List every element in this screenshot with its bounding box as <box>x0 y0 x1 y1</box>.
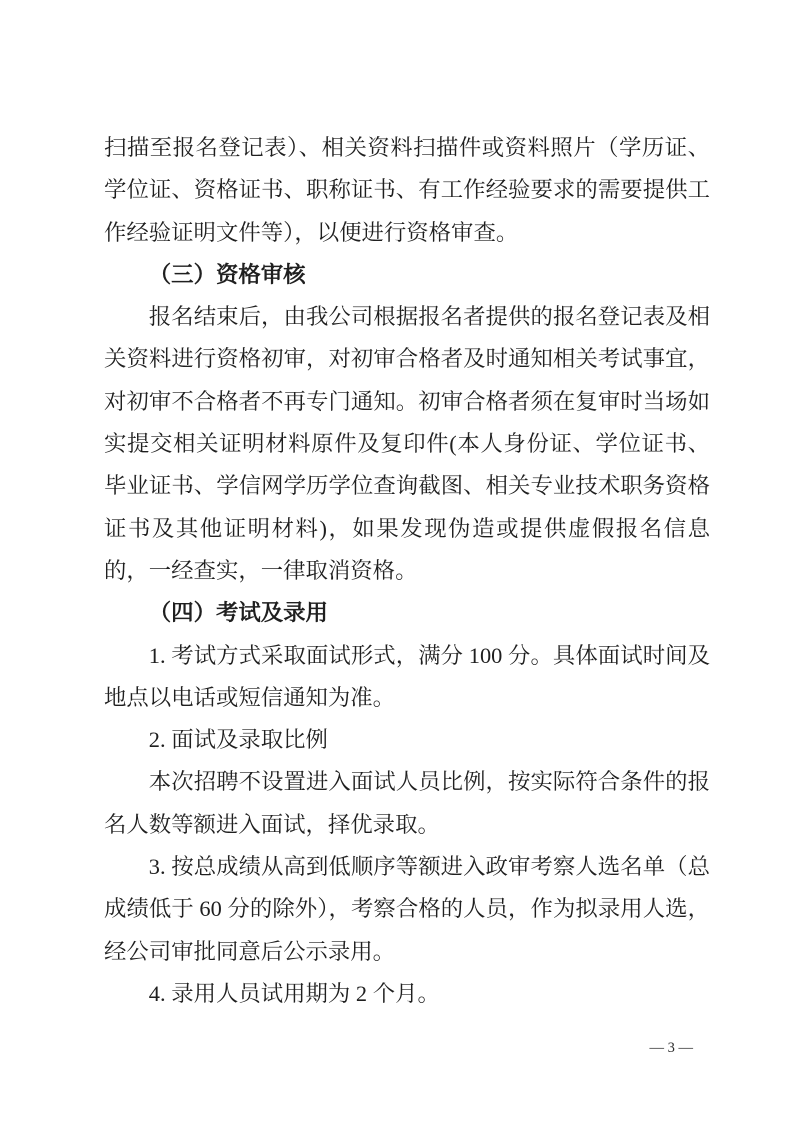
page-number: — 3 — <box>650 1038 694 1058</box>
section-heading-3: （三）资格审核 <box>104 254 710 296</box>
document-page: 扫描至报名登记表）、相关资料扫描件或资料照片（学历证、学位证、资格证书、职称证书… <box>0 0 793 1122</box>
paragraph-item-2-detail: 本次招聘不设置进入面试人员比例，按实际符合条件的报名人数等额进入面试，择优录取。 <box>104 761 710 846</box>
paragraph-qualification-review: 报名结束后，由我公司根据报名者提供的报名登记表及相关资料进行资格初审，对初审合格… <box>104 296 710 592</box>
paragraph-item-3: 3. 按总成绩从高到低顺序等额进入政审考察人选名单（总成绩低于 60 分的除外）… <box>104 846 710 973</box>
paragraph-item-2: 2. 面试及录取比例 <box>104 719 710 761</box>
paragraph-continuation: 扫描至报名登记表）、相关资料扫描件或资料照片（学历证、学位证、资格证书、职称证书… <box>104 127 710 254</box>
paragraph-item-1: 1. 考试方式采取面试形式，满分 100 分。具体面试时间及地点以电话或短信通知… <box>104 635 710 720</box>
document-body: 扫描至报名登记表）、相关资料扫描件或资料照片（学历证、学位证、资格证书、职称证书… <box>104 127 710 1015</box>
paragraph-item-4: 4. 录用人员试用期为 2 个月。 <box>104 973 710 1015</box>
section-heading-4: （四）考试及录用 <box>104 592 710 634</box>
